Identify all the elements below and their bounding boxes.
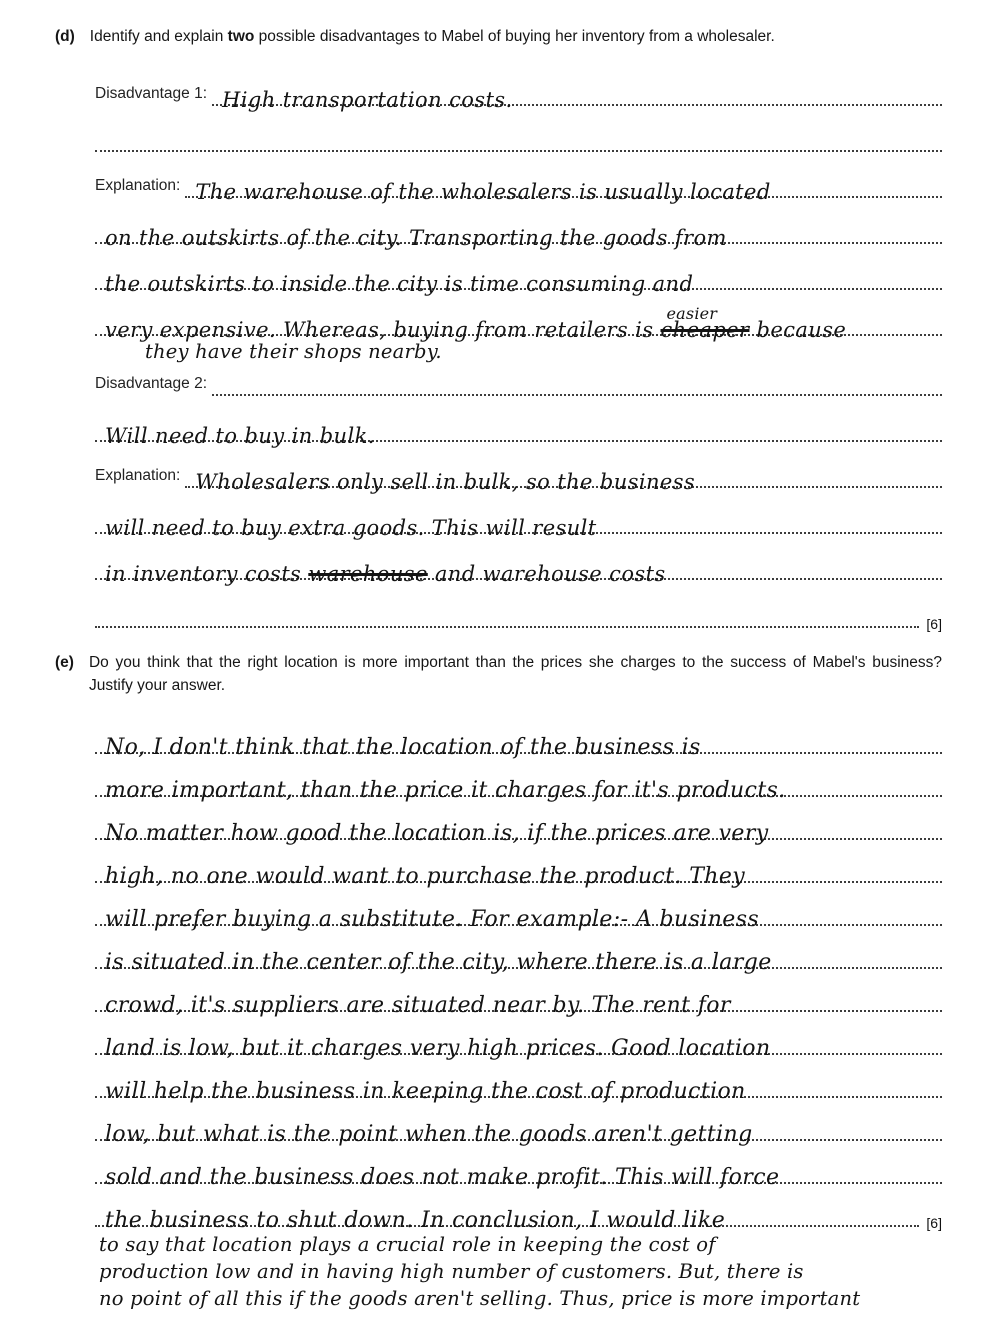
answer-e-line: high, no one would want to purchase the … [95,840,942,883]
question-d-text-c: possible disadvantages to Mabel of buyin… [254,28,774,45]
handwritten-explanation1-4: very expensive. Whereas, buying from ret… [105,318,846,342]
disadvantage2-line: Disadvantage 2: [95,364,942,396]
explanation2-line3: in inventory costs warehouse and warehou… [95,534,942,580]
handwritten-e-overflow-2: production low and in having high number… [99,1258,942,1285]
question-e-label: (e) [55,652,74,697]
dotted-rule: is situated in the center of the city, w… [95,926,942,969]
inserted-word: easier [667,304,718,323]
answer-e-line: land is low, but it charges very high pr… [95,1012,942,1055]
answer-e-line: will help the business in keeping the co… [95,1055,942,1098]
dotted-rule: will prefer buying a substitute. For exa… [95,883,942,926]
answer-e-line: sold and the business does not make prof… [95,1141,942,1184]
answer-e-line: No, I don't think that the location of t… [95,711,942,754]
explanation1-line3: the outskirts to inside the city is time… [95,244,942,290]
answer-e-line: No matter how good the location is, if t… [95,797,942,840]
dotted-rule: No matter how good the location is, if t… [95,797,942,840]
dotted-rule: the business to shut down. In conclusion… [95,1184,919,1227]
explanation1-line1: Explanation: The warehouse of the wholes… [95,152,942,198]
disadvantage1-line: Disadvantage 1: High transportation cost… [95,62,942,106]
dotted-rule [95,580,919,628]
disadvantage1-label: Disadvantage 1: [95,85,207,106]
handwritten-e-12: the business to shut down. In conclusion… [105,1208,725,1233]
question-d-label: (d) [55,26,75,48]
dotted-rule: Will need to buy in bulk. [95,396,942,442]
dotted-rule: The warehouse of the wholesalers is usua… [185,152,942,198]
dotted-rule: high, no one would want to purchase the … [95,840,942,883]
handwritten-e-overflow-1: to say that location plays a crucial rol… [99,1231,942,1258]
explanation1-line2: on the outskirts of the city. Transporti… [95,198,942,244]
dotted-rule: will help the business in keeping the co… [95,1055,942,1098]
explanation2-label: Explanation: [95,467,180,488]
line4-post: because [749,318,846,342]
answer-e-line-last: the business to shut down. In conclusion… [95,1184,942,1227]
exam-answer-sheet: (d) Identify and explain two possible di… [0,0,1006,1324]
dotted-rule [212,364,942,396]
explanation2-line1: Explanation: Wholesalers only sell in bu… [95,442,942,488]
question-e-answers: No, I don't think that the location of t… [95,711,942,1227]
dotted-rule: Wholesalers only sell in bulk, so the bu… [185,442,942,488]
marks-line-d: [6] [95,580,942,628]
answer-e-line: low, but what is the point when the good… [95,1098,942,1141]
explanation2-line2: will need to buy extra goods. This will … [95,488,942,534]
disadvantage2-answer-line: Will need to buy in bulk. [95,396,942,442]
answer-e-line: more important, than the price it charge… [95,754,942,797]
dotted-rule: will need to buy extra goods. This will … [95,488,942,534]
marks-badge-d: [6] [919,616,942,632]
dotted-rule: sold and the business does not make prof… [95,1141,942,1184]
empty-line [95,106,942,152]
correction-wrap: easiercheaper [661,318,750,342]
question-e: (e) Do you think that the right location… [55,652,942,697]
dotted-rule: in inventory costs warehouse and warehou… [95,534,942,580]
dotted-rule: on the outskirts of the city. Transporti… [95,198,942,244]
dotted-rule: more important, than the price it charge… [95,754,942,797]
line4-pre: very expensive. Whereas, buying from ret… [105,318,661,342]
question-d: (d) Identify and explain two possible di… [55,26,942,48]
handwritten-e-overflow-3: no point of all this if the goods aren't… [99,1285,942,1312]
disadvantage2-label: Disadvantage 2: [95,375,207,396]
answer-e-line: crowd, it's suppliers are situated near … [95,969,942,1012]
dotted-rule: High transportation costs. [212,62,942,106]
answer-e-line: will prefer buying a substitute. For exa… [95,883,942,926]
dotted-rule [95,106,942,152]
answer-e-line: is situated in the center of the city, w… [95,926,942,969]
dotted-rule: very expensive. Whereas, buying from ret… [95,290,942,336]
question-d-answers: Disadvantage 1: High transportation cost… [95,62,942,628]
question-e-text: Do you think that the right location is … [89,652,942,697]
question-d-text-bold: two [228,28,255,45]
dotted-rule: the outskirts to inside the city is time… [95,244,942,290]
dotted-rule: low, but what is the point when the good… [95,1098,942,1141]
question-d-text-a: Identify and explain [90,28,228,45]
dotted-rule: crowd, it's suppliers are situated near … [95,969,942,1012]
marks-badge-e: [6] [919,1215,942,1231]
question-d-text: Identify and explain two possible disadv… [90,26,942,48]
dotted-rule: land is low, but it charges very high pr… [95,1012,942,1055]
explanation1-line4: very expensive. Whereas, buying from ret… [95,290,942,336]
answer-e-overflow: to say that location plays a crucial rol… [95,1231,942,1312]
explanation1-label: Explanation: [95,177,180,198]
dotted-rule: No, I don't think that the location of t… [95,711,942,754]
